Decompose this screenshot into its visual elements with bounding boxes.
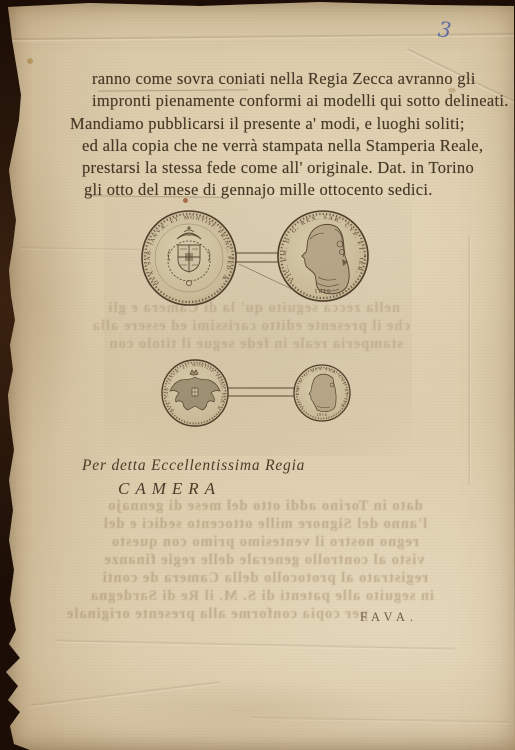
stain-patch: [100, 680, 400, 740]
paper-sheet: 3 ranno come sovra coniati nella Regia Z…: [0, 0, 515, 750]
crease-line: [55, 639, 455, 652]
bleedthrough-text-line: per copia conforme alla presente origina…: [88, 606, 368, 623]
scan-background: 3 ranno come sovra coniati nella Regia Z…: [0, 0, 515, 750]
coin-date: 1816: [317, 413, 328, 417]
coin-large-reverse: DVX. SAB. IANVÆ. ET. MONTISF. PRINC. PED…: [142, 211, 236, 305]
coin-edge-bar-bottom: [228, 388, 294, 396]
decree-paragraph: ranno come sovra coniati nella Regia Zec…: [70, 68, 446, 202]
decree-text-line: prestarsi la stessa fede come all' origi…: [70, 157, 446, 179]
signature-authority-line: Per detta Eccellentissima Regia: [82, 457, 305, 475]
decree-text-line: ed alla copia che ne verrà stampata nell…: [70, 135, 446, 157]
bleedthrough-text-line: visto al controllo generale delle regie …: [78, 552, 450, 569]
bleedthrough-text-line: l'anno del Signore mille ottocento sedic…: [80, 516, 450, 533]
crease-line: [468, 235, 472, 485]
coin-small-obverse: VIC. EM. D. G. REX SAR. CYP. ET IER. 181…: [294, 365, 350, 421]
bleedthrough-text-line: in seguito alle patenti di S. M. il Re d…: [72, 588, 452, 605]
bleedthrough-text-line: dato in Torino addi otto del mese di gen…: [90, 498, 440, 515]
printer-mark: FAVA.: [360, 610, 418, 625]
decree-text-line: Mandiamo pubblicarsi il presente a' modi…: [70, 113, 446, 135]
signature-camera-line: CAMERA: [118, 479, 221, 499]
coin-large-obverse: VIC. EM. D. G. REX. SAR. CYP. ET. IER. 1…: [278, 211, 368, 301]
bleedthrough-text-line: registrato al protocollo della Camera de…: [95, 570, 435, 587]
coin-plate-figure: DVX. SAB. IANVÆ. ET. MONTISF. PRINC. PED…: [104, 197, 412, 456]
decree-text-line: impronti pienamente conformi ai modelli …: [70, 90, 446, 112]
handwritten-page-number: 3: [437, 17, 453, 42]
decree-text-line: ranno come sovra coniati nella Regia Zec…: [70, 68, 446, 90]
crease-line: [250, 716, 510, 726]
coin-date: 1816: [314, 288, 331, 295]
crease-line: [30, 680, 219, 708]
foxing-spot: [27, 58, 33, 64]
coin-small-reverse: DVX. SAB. IANVÆ. ET. MONTISF. PRINC. PED…: [162, 360, 228, 426]
bleedthrough-text-line: regno nostro il ventesimo primo con ques…: [85, 534, 445, 551]
